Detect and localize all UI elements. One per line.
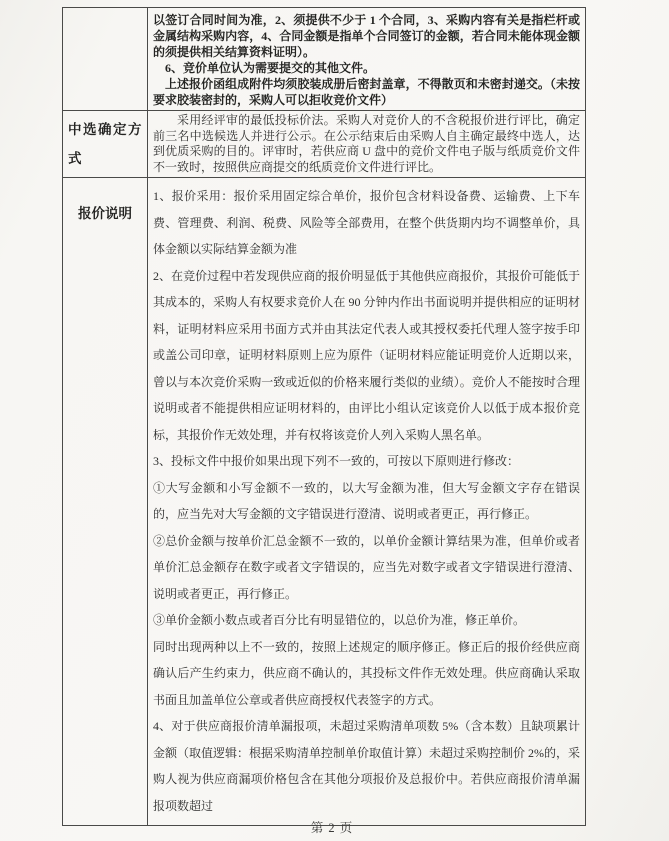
paragraph: 6、竞价单位认为需要提交的其他文件。 (153, 60, 580, 76)
paragraph: 采用经评审的最低投标价法。采购人对竞价人的不含税报价进行评比，确定前三名中选候选… (153, 113, 580, 175)
paragraph: 以签订合同时间为准，2、须提供不少于 1 个合同，3、采购内容有关是指栏杆或金属… (153, 12, 580, 60)
table-row-quotation-notes: 报价说明 1、报价采用：报价采用固定综合单价，报价包含材料设备费、运输费、上下车… (63, 178, 586, 826)
paragraph: 上述报价函组成附件均须胶装成册后密封盖章，不得散页和未密封递交。（未按要求胶装密… (153, 76, 580, 108)
paragraph: 2、在竞价过程中若发现供应商的报价明显低于其他供应商报价，其报价可能低于其成本的… (153, 263, 580, 449)
row-label-quotation-notes: 报价说明 (63, 178, 148, 826)
paragraph: ①大写金额和小写金额不一致的，以大写金额为准，但大写金额文字存在错误的，应当先对… (153, 475, 580, 528)
scanned-document-page: 以签订合同时间为准，2、须提供不少于 1 个合同，3、采购内容有关是指栏杆或金属… (0, 0, 669, 841)
row-label-selection-method: 中选确定方式 (63, 111, 148, 178)
row-label-empty (63, 8, 148, 111)
table-row-selection-method: 中选确定方式 采用经评审的最低投标价法。采购人对竞价人的不含税报价进行评比，确定… (63, 111, 586, 178)
table-row-continuation: 以签订合同时间为准，2、须提供不少于 1 个合同，3、采购内容有关是指栏杆或金属… (63, 8, 586, 111)
row-content-quotation-notes: 1、报价采用：报价采用固定综合单价，报价包含材料设备费、运输费、上下车费、管理费… (148, 178, 586, 826)
page-number: 第 2 页 (62, 818, 602, 836)
row-content-continuation: 以签订合同时间为准，2、须提供不少于 1 个合同，3、采购内容有关是指栏杆或金属… (148, 8, 586, 111)
paragraph: 1、报价采用：报价采用固定综合单价，报价包含材料设备费、运输费、上下车费、管理费… (153, 183, 580, 263)
paragraph: 同时出现两种以上不一致的，按照上述规定的顺序修正。修正后的报价经供应商确认后产生… (153, 634, 580, 714)
paragraph: ②总价金额与按单价汇总金额不一致的，以单价金额计算结果为准，但单价或者单价汇总金… (153, 528, 580, 608)
paragraph: 4、对于供应商报价清单漏报项，未超过采购清单项数 5%（含本数）且缺项累计金额（… (153, 713, 580, 819)
row-content-selection-method: 采用经评审的最低投标价法。采购人对竞价人的不含税报价进行评比，确定前三名中选候选… (148, 111, 586, 178)
paragraph: 3、投标文件中报价如果出现下列不一致的，可按以下原则进行修改： (153, 448, 580, 475)
procurement-terms-table: 以签订合同时间为准，2、须提供不少于 1 个合同，3、采购内容有关是指栏杆或金属… (62, 7, 586, 826)
paragraph: ③单价金额小数点或者百分比有明显错位的，以总价为准，修正单价。 (153, 607, 580, 634)
